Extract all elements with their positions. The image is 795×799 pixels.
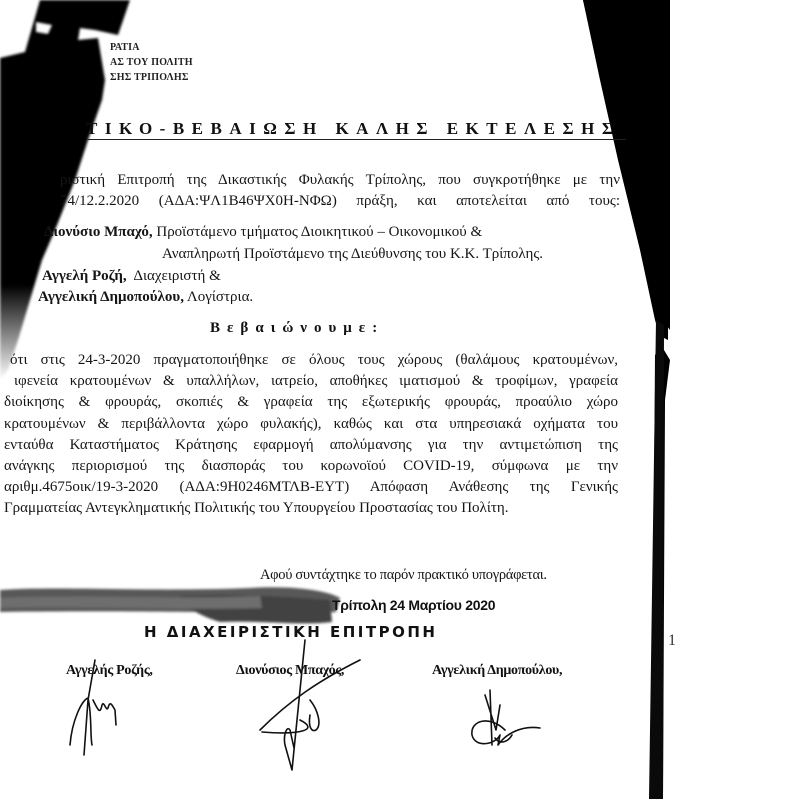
signatory-2-name: Διονύσιος Μπαχός, <box>236 663 344 679</box>
header-line-3: ΣΗΣ ΤΡΙΠΟΛΗΣ <box>110 72 189 83</box>
header-line-1: ΡΑΤΙΑ <box>110 42 140 53</box>
intro-paragraph: ριστική Επιτροπή της Δικαστικής Φυλακής … <box>60 170 620 212</box>
closing-statement: Αφού συντάχτηκε το παρόν πρακτικό υπογρά… <box>260 565 547 586</box>
certify-heading: Βεβαιώνουμε: <box>210 320 384 337</box>
committee-title: Η ΔΙΑΧΕΙΡΙΣΤΙΚΗ ΕΠΙΤΡΟΠΗ <box>144 623 437 641</box>
certify-line-2: ιφενεία κρατουμένων & υπαλλήλων, ιατρείο… <box>4 371 618 392</box>
certify-line-7: αριθμ.4675οικ/19-3-2020 (ΑΔΑ:9Η0246ΜΤΛΒ-… <box>4 477 618 498</box>
signatory-1-name: Αγγελής Ροζής, <box>66 663 153 679</box>
member-3-name: Αγγελική Δημοπούλου, <box>38 289 184 305</box>
member-2-role: Διαχειριστή & <box>133 268 220 284</box>
certify-line-4: κρατουμένων & περιβάλλοντα χώρο φυλακής)… <box>4 414 618 435</box>
member-3-role: Λογίστρια. <box>187 289 253 305</box>
intro-line-1: ριστική Επιτροπή της Δικαστικής Φυλακής … <box>60 170 620 191</box>
certify-line-6: ανάγκης περιορισμού της διασποράς του κο… <box>4 456 618 477</box>
member-1-name: Διονύσιο Μπαχό, <box>44 224 153 240</box>
signatory-3-name: Αγγελική Δημοπούλου, <box>432 663 562 679</box>
certify-line-3: διοίκησης & φρουράς, σκοπιές & γραφεία τ… <box>4 392 618 413</box>
certify-line-8: Γραμματείας Αντεγκληματικής Πολιτικής το… <box>4 498 618 519</box>
member-2-name: Αγγελή Ροζή, <box>42 268 127 284</box>
member-2: Αγγελή Ροζή, Διαχειριστή & <box>42 266 221 287</box>
member-1-role: Προϊστάμενο τμήματος Διοικητικού – Οικον… <box>156 224 482 240</box>
certify-line-5: ενταύθα Καταστήματος Κράτησης εφαρμογή α… <box>4 435 618 456</box>
member-3: Αγγελική Δημοπούλου, Λογίστρια. <box>38 287 253 308</box>
intro-line-2: 74/12.2.2020 (ΑΔΑ:ΨΛ1Β46ΨΧ0Η-ΝΦΩ) πράξη,… <box>60 191 620 212</box>
page-marker: 1 <box>668 632 676 650</box>
document-title: ΤΙΚΟ-ΒΕΒΑΙΩΣΗ ΚΑΛΗΣ ΕΚΤΕΛΕΣΗΣ <box>86 119 626 140</box>
certify-body: ότι στις 24-3-2020 πραγματοποιήθηκε σε ό… <box>4 350 618 520</box>
certify-line-1: ότι στις 24-3-2020 πραγματοποιήθηκε σε ό… <box>4 350 618 371</box>
date-line: Τρίπολη 24 Μαρτίου 2020 <box>332 597 495 613</box>
member-1-role-cont: Αναπληρωτή Προϊστάμενο της Διεύθυνσης το… <box>162 244 543 265</box>
redaction-smudge <box>0 587 340 623</box>
header-line-2: ΑΣ ΤΟΥ ΠΟΛΙΤΗ <box>110 57 193 68</box>
member-1: Διονύσιο Μπαχό, Προϊστάμενο τμήματος Διο… <box>44 222 482 243</box>
